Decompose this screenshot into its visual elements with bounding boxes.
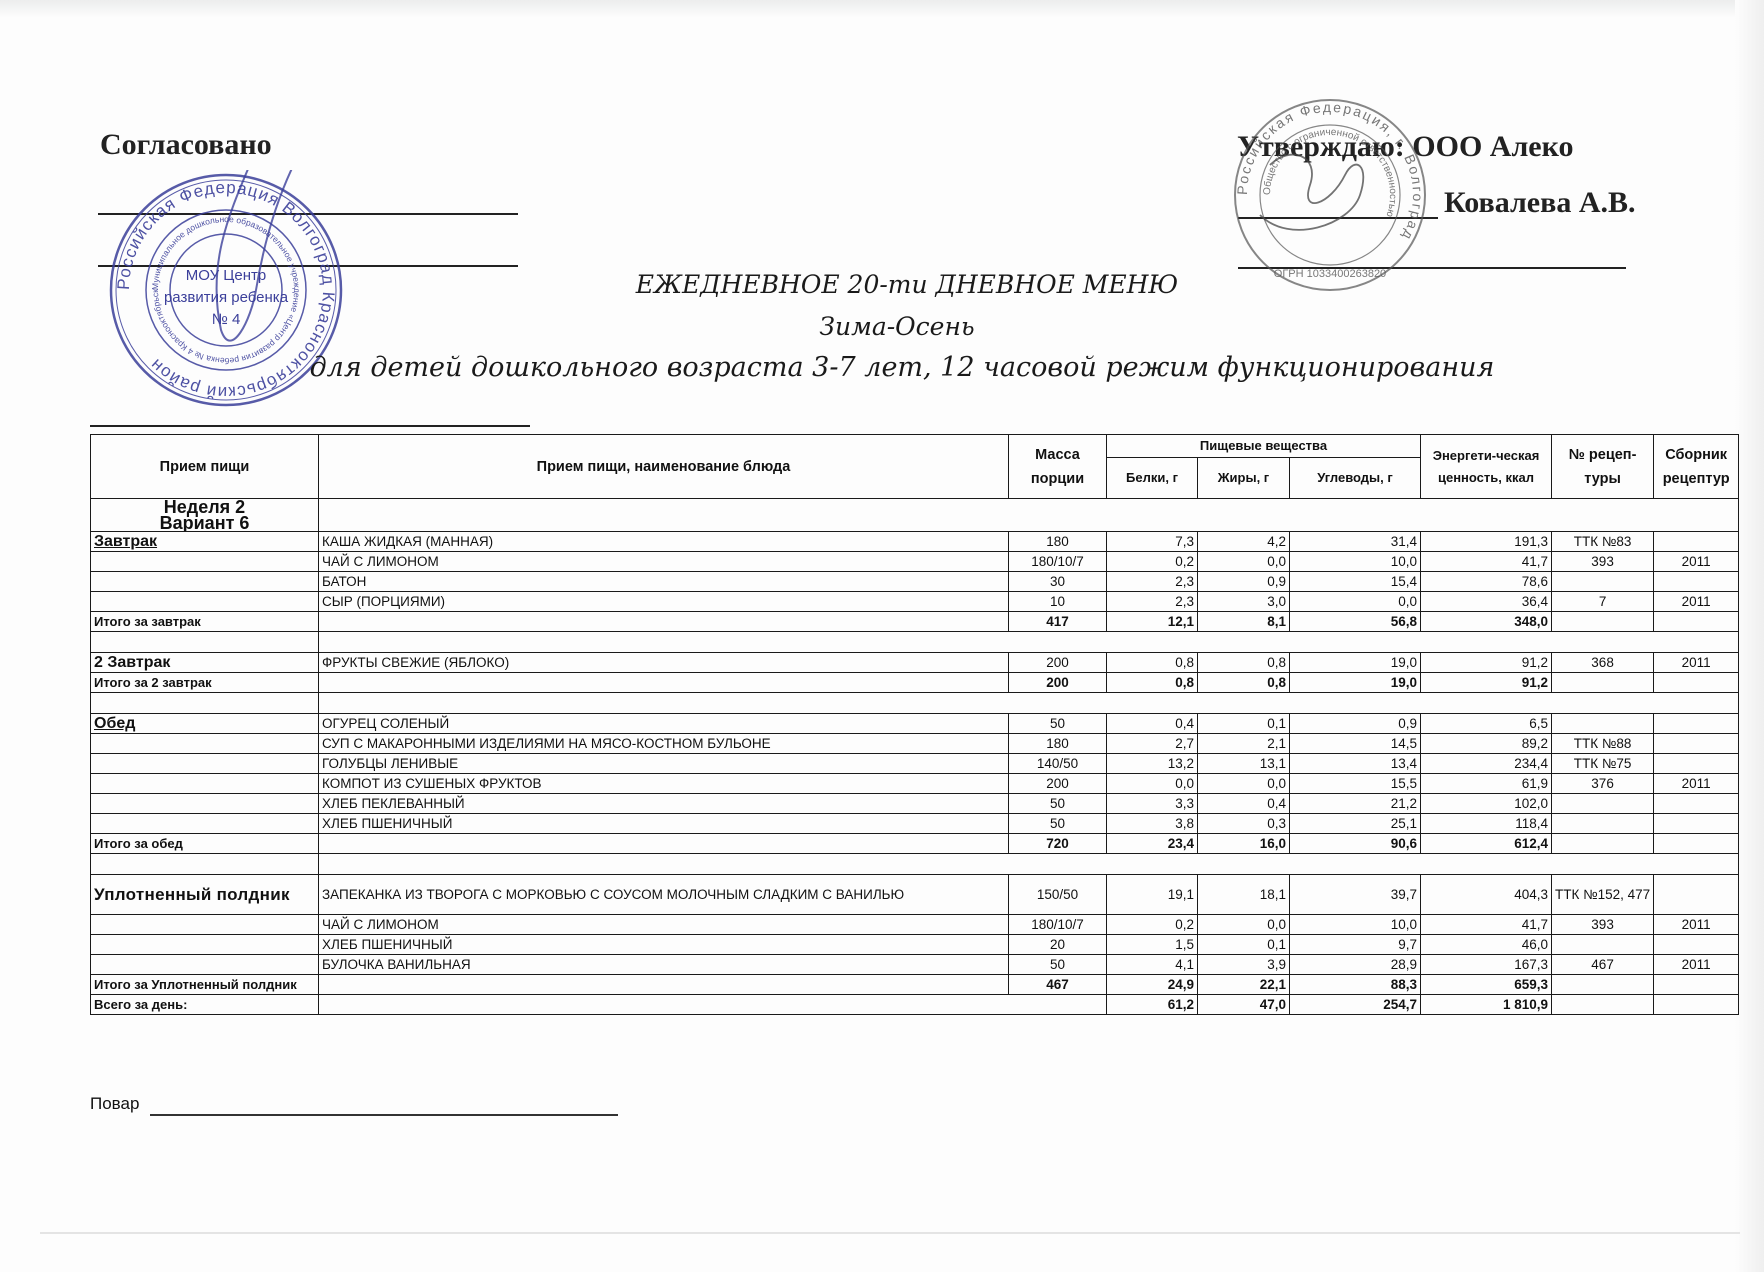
subtotal-label: Итого за 2 завтрак [91,673,319,693]
subtotal-row: Итого за обед72023,416,090,6612,4 [91,834,1739,854]
empty-cell [319,834,1009,854]
portion-mass: 180/10/7 [1009,915,1107,935]
subtotal-label: Итого за завтрак [91,612,319,632]
approval-left: Согласовано [100,128,272,162]
fat-value: 18,1 [1198,875,1290,915]
subtotal-energy: 91,2 [1421,673,1552,693]
dish-name: ЧАЙ С ЛИМОНОМ [319,915,1009,935]
recipe-number [1552,814,1654,834]
dish-row: Уплотненный полдникЗАПЕКАНКА ИЗ ТВОРОГА … [91,875,1739,915]
approver-name: Ковалева А.В. [1444,186,1636,220]
recipe-number: 7 [1552,592,1654,612]
protein-value: 13,2 [1107,754,1198,774]
day-total-carbs: 254,7 [1290,995,1421,1015]
recipe-collection: 2011 [1654,653,1739,673]
carbs-value: 19,0 [1290,653,1421,673]
portion-mass: 30 [1009,572,1107,592]
carbs-value: 15,4 [1290,572,1421,592]
day-total-protein: 61,2 [1107,995,1198,1015]
recipe-collection [1654,935,1739,955]
dish-name: БУЛОЧКА ВАНИЛЬНАЯ [319,955,1009,975]
fat-value: 0,8 [1198,653,1290,673]
meal-name: 2 Завтрак [91,653,319,673]
recipe-collection: 2011 [1654,552,1739,572]
portion-mass: 180/10/7 [1009,552,1107,572]
recipe-collection [1654,754,1739,774]
dish-row: ОбедОГУРЕЦ СОЛЕНЫЙ500,40,10,96,5 [91,714,1739,734]
energy-value: 191,3 [1421,532,1552,552]
subtotal-protein: 23,4 [1107,834,1198,854]
subtotal-fat: 0,8 [1198,673,1290,693]
right-seal-stamp-icon: Российская Федерация, г. Волгоград Общес… [1230,95,1430,295]
portion-mass: 180 [1009,734,1107,754]
empty-cell [319,632,1739,653]
portion-mass: 200 [1009,653,1107,673]
dish-row: СУП С МАКАРОННЫМИ ИЗДЕЛИЯМИ НА МЯСО-КОСТ… [91,734,1739,754]
carbs-value: 28,9 [1290,955,1421,975]
subtotal-label: Итого за Уплотненный полдник [91,975,319,995]
scan-edge [40,1232,1740,1234]
audience-subtitle: для детей дошкольного возраста 3-7 лет, … [0,352,1764,383]
portion-mass: 20 [1009,935,1107,955]
subtotal-carbs: 56,8 [1290,612,1421,632]
recipe-number [1552,935,1654,955]
header-meal: Прием пищи [91,435,319,499]
carbs-value: 21,2 [1290,794,1421,814]
energy-value: 36,4 [1421,592,1552,612]
empty-cell [1552,673,1654,693]
header-collection: Сборник рецептур [1654,435,1739,499]
meal-name: Уплотненный полдник [91,875,319,915]
empty-cell [91,814,319,834]
recipe-number: 393 [1552,915,1654,935]
subtotal-energy: 612,4 [1421,834,1552,854]
recipe-number [1552,794,1654,814]
energy-value: 61,9 [1421,774,1552,794]
subtotal-row: Итого за 2 завтрак2000,80,819,091,2 [91,673,1739,693]
svg-text:Общество с ограниченной ответс: Общество с ограниченной ответственностью [1262,127,1398,219]
protein-value: 0,2 [1107,552,1198,572]
carbs-value: 39,7 [1290,875,1421,915]
energy-value: 41,7 [1421,915,1552,935]
protein-value: 3,8 [1107,814,1198,834]
portion-mass: 50 [1009,794,1107,814]
day-total-fat: 47,0 [1198,995,1290,1015]
recipe-collection [1654,734,1739,754]
svg-text:Российская Федерация, г. Волго: Российская Федерация, г. Волгоград [1234,99,1426,244]
dish-name: ХЛЕБ ПШЕНИЧНЫЙ [319,814,1009,834]
dish-row: 2 ЗавтракФРУКТЫ СВЕЖИЕ (ЯБЛОКО)2000,80,8… [91,653,1739,673]
carbs-value: 31,4 [1290,532,1421,552]
carbs-value: 0,9 [1290,714,1421,734]
empty-cell [319,612,1009,632]
carbs-value: 0,0 [1290,592,1421,612]
energy-value: 41,7 [1421,552,1552,572]
header-fat: Жиры, г [1198,458,1290,499]
protein-value: 19,1 [1107,875,1198,915]
recipe-number [1552,572,1654,592]
portion-mass: 180 [1009,532,1107,552]
portion-mass: 10 [1009,592,1107,612]
carbs-value: 10,0 [1290,552,1421,572]
header-recipe-no: № рецеп-туры [1552,435,1654,499]
protein-value: 2,7 [1107,734,1198,754]
energy-value: 89,2 [1421,734,1552,754]
carbs-value: 15,5 [1290,774,1421,794]
empty-cell [319,975,1009,995]
recipe-number: ТТК №152, 477 [1552,875,1654,915]
energy-value: 91,2 [1421,653,1552,673]
subtotal-energy: 659,3 [1421,975,1552,995]
carbs-value: 14,5 [1290,734,1421,754]
fat-value: 0,0 [1198,774,1290,794]
dish-name: ЗАПЕКАНКА ИЗ ТВОРОГА С МОРКОВЬЮ С СОУСОМ… [319,875,1009,915]
fat-value: 0,9 [1198,572,1290,592]
empty-cell [91,632,319,653]
protein-value: 0,2 [1107,915,1198,935]
recipe-number: ТТК №88 [1552,734,1654,754]
empty-cell [1552,975,1654,995]
protein-value: 2,3 [1107,572,1198,592]
fat-value: 0,0 [1198,552,1290,572]
empty-cell [91,774,319,794]
recipe-number [1552,714,1654,734]
menu-table: Прием пищи Прием пищи, наименование блюд… [90,434,1739,1015]
carbs-value: 9,7 [1290,935,1421,955]
empty-cell [91,592,319,612]
recipe-collection [1654,875,1739,915]
carbs-value: 25,1 [1290,814,1421,834]
empty-cell [91,754,319,774]
portion-mass: 200 [1009,774,1107,794]
empty-cell [1654,975,1739,995]
subtotal-row: Итого за Уплотненный полдник46724,922,18… [91,975,1739,995]
subtotal-row: Итого за завтрак41712,18,156,8348,0 [91,612,1739,632]
week-label: Неделя 2 Вариант 6 [91,499,319,532]
subtotal-fat: 22,1 [1198,975,1290,995]
dish-row: ХЛЕБ ПШЕНИЧНЫЙ201,50,19,746,0 [91,935,1739,955]
meal-name: Завтрак [91,532,319,552]
empty-cell [1654,673,1739,693]
energy-value: 404,3 [1421,875,1552,915]
empty-cell [1552,834,1654,854]
recipe-collection [1654,714,1739,734]
empty-cell [1654,995,1739,1015]
dish-row: ГОЛУБЦЫ ЛЕНИВЫЕ140/5013,213,113,4234,4ТТ… [91,754,1739,774]
recipe-number: 376 [1552,774,1654,794]
header-mass: Масса порции [1009,435,1107,499]
empty-cell [1654,834,1739,854]
portion-mass: 50 [1009,714,1107,734]
dish-row: БУЛОЧКА ВАНИЛЬНАЯ504,13,928,9167,3467201… [91,955,1739,975]
energy-value: 234,4 [1421,754,1552,774]
protein-value: 3,3 [1107,794,1198,814]
portion-mass: 50 [1009,955,1107,975]
energy-value: 118,4 [1421,814,1552,834]
recipe-collection [1654,814,1739,834]
day-total-label: Всего за день: [91,995,319,1015]
header-energy: Энергети-ческая ценность, ккал [1421,435,1552,499]
recipe-collection [1654,572,1739,592]
empty-cell [91,572,319,592]
energy-value: 78,6 [1421,572,1552,592]
day-total-energy: 1 810,9 [1421,995,1552,1015]
portion-mass: 150/50 [1009,875,1107,915]
subtotal-carbs: 90,6 [1290,834,1421,854]
dish-name: ХЛЕБ ПШЕНИЧНЫЙ [319,935,1009,955]
empty-cell [319,693,1739,714]
subtotal-mass: 200 [1009,673,1107,693]
empty-cell [1552,612,1654,632]
spacer-row [91,854,1739,875]
portion-mass: 50 [1009,814,1107,834]
protein-value: 0,4 [1107,714,1198,734]
dish-name: ХЛЕБ ПЕКЛЕВАННЫЙ [319,794,1009,814]
empty-cell [91,693,319,714]
dish-row: ХЛЕБ ПЕКЛЕВАННЫЙ503,30,421,2102,0 [91,794,1739,814]
spacer-row [91,693,1739,714]
protein-value: 2,3 [1107,592,1198,612]
subtotal-mass: 467 [1009,975,1107,995]
empty-cell [1552,995,1654,1015]
recipe-number: 467 [1552,955,1654,975]
fat-value: 0,1 [1198,714,1290,734]
subtotal-carbs: 88,3 [1290,975,1421,995]
fat-value: 0,0 [1198,915,1290,935]
recipe-number: 393 [1552,552,1654,572]
week-row: Неделя 2 Вариант 6 [91,499,1739,532]
portion-mass: 140/50 [1009,754,1107,774]
subtotal-label: Итого за обед [91,834,319,854]
header-protein: Белки, г [1107,458,1198,499]
recipe-number: ТТК №75 [1552,754,1654,774]
dish-row: КОМПОТ ИЗ СУШЕНЫХ ФРУКТОВ2000,00,015,561… [91,774,1739,794]
empty-cell [1654,612,1739,632]
dish-name: ЧАЙ С ЛИМОНОМ [319,552,1009,572]
protein-value: 0,8 [1107,653,1198,673]
subtotal-fat: 16,0 [1198,834,1290,854]
dish-name: СУП С МАКАРОННЫМИ ИЗДЕЛИЯМИ НА МЯСО-КОСТ… [319,734,1009,754]
recipe-collection: 2011 [1654,592,1739,612]
subtotal-protein: 0,8 [1107,673,1198,693]
dish-name: ГОЛУБЦЫ ЛЕНИВЫЕ [319,754,1009,774]
dish-name: ОГУРЕЦ СОЛЕНЫЙ [319,714,1009,734]
protein-value: 0,0 [1107,774,1198,794]
dish-name: ФРУКТЫ СВЕЖИЕ (ЯБЛОКО) [319,653,1009,673]
empty-cell [91,915,319,935]
subtotal-protein: 12,1 [1107,612,1198,632]
fat-value: 4,2 [1198,532,1290,552]
subtotal-fat: 8,1 [1198,612,1290,632]
dish-name: КОМПОТ ИЗ СУШЕНЫХ ФРУКТОВ [319,774,1009,794]
empty-cell [91,552,319,572]
dish-row: БАТОН302,30,915,478,6 [91,572,1739,592]
header-nutrients: Пищевые вещества [1107,435,1421,458]
scan-edge [1735,0,1764,1272]
scan-edge [0,0,1764,18]
header-carbs: Углеводы, г [1290,458,1421,499]
energy-value: 167,3 [1421,955,1552,975]
protein-value: 1,5 [1107,935,1198,955]
empty-cell [319,995,1107,1015]
recipe-collection: 2011 [1654,915,1739,935]
recipe-number: ТТК №83 [1552,532,1654,552]
day-total-row: Всего за день:61,247,0254,71 810,9 [91,995,1739,1015]
dish-row: ХЛЕБ ПШЕНИЧНЫЙ503,80,325,1118,4 [91,814,1739,834]
energy-value: 102,0 [1421,794,1552,814]
empty-cell [91,794,319,814]
dish-row: ЗавтракКАША ЖИДКАЯ (МАННАЯ)1807,34,231,4… [91,532,1739,552]
subtotal-carbs: 19,0 [1290,673,1421,693]
fat-value: 2,1 [1198,734,1290,754]
empty-cell [91,935,319,955]
recipe-collection: 2011 [1654,955,1739,975]
carbs-value: 10,0 [1290,915,1421,935]
dish-row: ЧАЙ С ЛИМОНОМ180/10/70,20,010,041,739320… [91,552,1739,572]
subtotal-mass: 417 [1009,612,1107,632]
dish-row: СЫР (ПОРЦИЯМИ)102,33,00,036,472011 [91,592,1739,612]
fat-value: 0,1 [1198,935,1290,955]
empty-cell [91,854,319,875]
subtotal-mass: 720 [1009,834,1107,854]
empty-cell [91,734,319,754]
document-title: ЕЖЕДНЕВНОЕ 20-ти ДНЕВНОЕ МЕНЮ [0,270,1764,299]
subtotal-energy: 348,0 [1421,612,1552,632]
energy-value: 46,0 [1421,935,1552,955]
season-subtitle: Зима-Осень [0,312,1764,341]
cook-label: Повар [90,1094,139,1114]
approval-left-label: Согласовано [100,128,272,162]
fat-value: 0,3 [1198,814,1290,834]
fat-value: 3,9 [1198,955,1290,975]
recipe-collection [1654,794,1739,814]
recipe-collection: 2011 [1654,774,1739,794]
empty-cell [319,854,1739,875]
empty-cell [91,955,319,975]
fat-value: 13,1 [1198,754,1290,774]
energy-value: 6,5 [1421,714,1552,734]
dish-row: ЧАЙ С ЛИМОНОМ180/10/70,20,010,041,739320… [91,915,1739,935]
protein-value: 7,3 [1107,532,1198,552]
empty-cell [319,673,1009,693]
fat-value: 3,0 [1198,592,1290,612]
header-dish: Прием пищи, наименование блюда [319,435,1009,499]
dish-name: КАША ЖИДКАЯ (МАННАЯ) [319,532,1009,552]
dish-name: БАТОН [319,572,1009,592]
recipe-number: 368 [1552,653,1654,673]
dish-name: СЫР (ПОРЦИЯМИ) [319,592,1009,612]
recipe-collection [1654,532,1739,552]
carbs-value: 13,4 [1290,754,1421,774]
spacer-row [91,632,1739,653]
subtotal-protein: 24,9 [1107,975,1198,995]
meal-name: Обед [91,714,319,734]
cook-signature-line [150,1114,618,1116]
fat-value: 0,4 [1198,794,1290,814]
signature-line [90,425,530,427]
protein-value: 4,1 [1107,955,1198,975]
